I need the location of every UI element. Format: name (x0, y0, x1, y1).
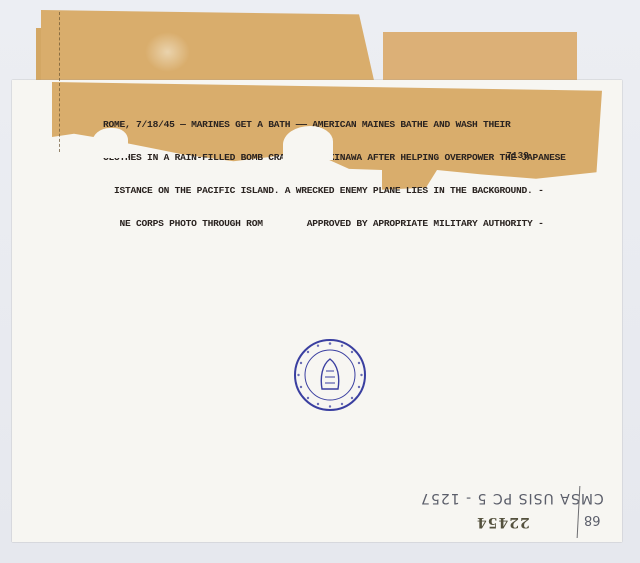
photo-number: 7139 (506, 150, 529, 161)
paper-stain (145, 32, 190, 72)
catalog-number: CMSA USIS PC 5 - 1257 (420, 490, 604, 506)
handwritten-number: 68 (584, 512, 601, 527)
caption-text: ROME, 7/18/45 — MARINES GET A BATH —— AM… (103, 97, 603, 240)
stamp-emblem (292, 337, 368, 413)
caption-line: NE CORPS PHOTO THROUGH ROM APPROVED BY A… (103, 218, 603, 229)
caption-line: ROME, 7/18/45 — MARINES GET A BATH —— AM… (103, 119, 603, 130)
caption-line: ISTANCE ON THE PACIFIC ISLAND. A WRECKED… (103, 185, 603, 196)
torn-area (283, 126, 333, 160)
perforation-line (59, 12, 60, 152)
torn-area (92, 128, 128, 158)
stamped-number: 22454 (476, 514, 530, 530)
